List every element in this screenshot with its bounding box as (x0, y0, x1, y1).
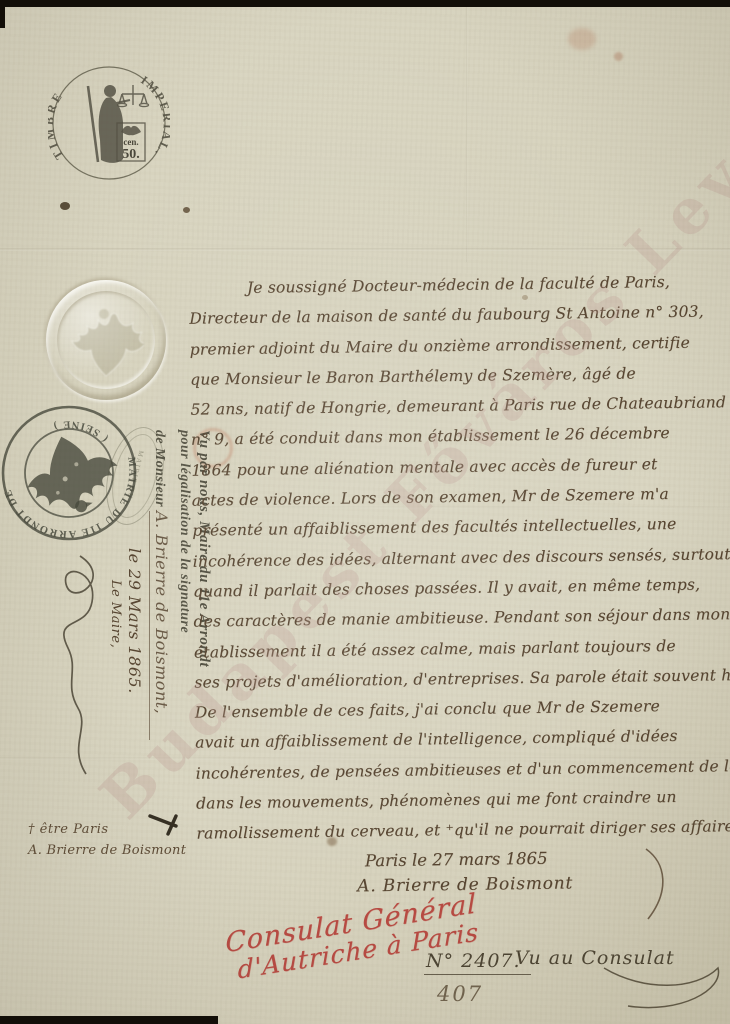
timbre-arc-left-text: TIMBRE (48, 88, 66, 162)
mayor-signature-flourish-icon (44, 550, 108, 818)
svg-text:IMPERIAL.: IMPERIAL. (138, 73, 170, 160)
mayor-date-handwritten: le 29 Mars 1865. (125, 548, 144, 818)
scan-edge-bottom-left (0, 1016, 218, 1024)
legalization-block: Vu par nous, Maire du 11e Arrondt pour l… (44, 430, 212, 818)
scan-edge-top (0, 0, 730, 7)
stain (614, 52, 623, 61)
pen-check-mark-icon (146, 812, 182, 842)
visa-flourish-icon (596, 962, 726, 1022)
signature-flourish-icon (636, 845, 676, 929)
stain (568, 28, 596, 50)
margin-note-line2: A. Brierre de Boismont (28, 843, 186, 858)
timbre-arc-right-text: IMPERIAL. (138, 73, 170, 160)
body-line: ramollissement du cerveau, et ⁺qu'il ne … (196, 812, 724, 850)
legalization-line3: de Monsieur A. Brierre de Boismont, (151, 430, 171, 818)
timbre-imperial-stamp: TIMBRE IMPERIAL. (48, 60, 170, 186)
ink-spot (60, 202, 70, 210)
denom-large-text: 50. (122, 147, 140, 162)
denom-small-text: cen. (123, 137, 138, 147)
fold-crease (0, 248, 730, 251)
legalization-line2: pour légalisation de la signature (176, 430, 192, 818)
ink-spot (183, 207, 190, 213)
pencil-number: 407 (437, 982, 483, 1006)
legalization-line3-label: de Monsieur (152, 430, 167, 507)
scan-edge-top-left (0, 0, 5, 28)
svg-text:TIMBRE: TIMBRE (48, 88, 66, 162)
eagle-relief-icon (68, 298, 144, 382)
scales-icon (118, 85, 149, 107)
document-scan-page: TIMBRE IMPERIAL. (0, 0, 730, 1024)
certificate-body: Je soussigné Docteur-médecin de la facul… (189, 266, 726, 898)
embossed-seal (46, 280, 166, 400)
mayor-title-handwritten: Le Maire, (108, 580, 123, 818)
eagle-icon (121, 126, 141, 135)
timbre-imperial-stamp-graphic: TIMBRE IMPERIAL. (48, 60, 170, 186)
legalized-name-handwritten: A. Brierre de Boismont, (149, 511, 171, 740)
fold-crease (466, 7, 468, 262)
